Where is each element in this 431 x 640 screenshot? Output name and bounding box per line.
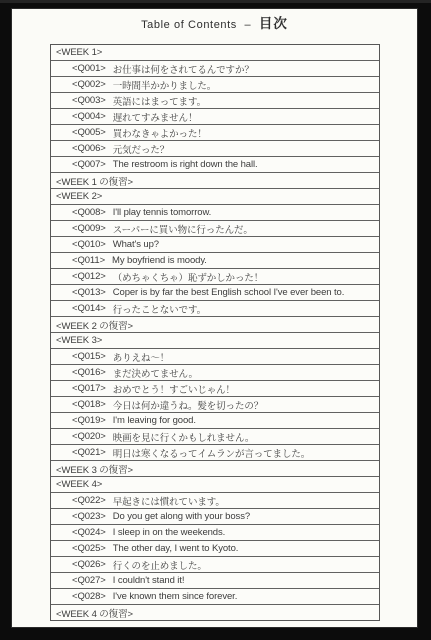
question-row-tag: <Q014> bbox=[72, 303, 106, 314]
toc-question-row: <Q013>Coper is by far the best English s… bbox=[51, 285, 379, 301]
toc-question-row: <Q022>早起きには慣れています。 bbox=[51, 493, 379, 509]
question-row-text: 遅れてすみません！ bbox=[113, 110, 198, 124]
toc-question-row: <Q018>今日は何か違うね。髪を切ったの？ bbox=[51, 397, 379, 413]
question-row-text: I'll play tennis tomorrow. bbox=[113, 207, 211, 218]
question-row-text: 今日は何か違うね。髪を切ったの？ bbox=[113, 398, 263, 412]
toc-week-row: <WEEK 1 の復習> bbox=[51, 173, 379, 189]
question-row-text: 一時間半かかりました。 bbox=[113, 78, 216, 92]
toc-question-row: <Q012>（めちゃくちゃ）恥ずかしかった！ bbox=[51, 269, 379, 285]
question-row-tag: <Q013> bbox=[72, 287, 106, 298]
toc-question-row: <Q020>映画を見に行くかもしれません。 bbox=[51, 429, 379, 445]
question-row-text: おめでとう！すごいじゃん！ bbox=[113, 382, 235, 396]
toc-question-row: <Q028>I've known them since forever. bbox=[51, 589, 379, 605]
question-row-text: The other day, I went to Kyoto. bbox=[113, 543, 239, 554]
week-row-label: <WEEK 2> bbox=[56, 191, 102, 202]
toc-question-row: <Q023>Do you get along with your boss? bbox=[51, 509, 379, 525]
page-title-ja: 目次 bbox=[259, 16, 288, 31]
question-row-tag: <Q027> bbox=[72, 575, 106, 586]
week-row-label: <WEEK 1> bbox=[56, 47, 102, 58]
toc-question-row: <Q025>The other day, I went to Kyoto. bbox=[51, 541, 379, 557]
question-row-text: ありえね〜！ bbox=[113, 350, 169, 364]
question-row-text: My boyfriend is moody. bbox=[112, 255, 207, 266]
toc-question-row: <Q002>一時間半かかりました。 bbox=[51, 77, 379, 93]
toc-question-row: <Q009>スーパーに買い物に行ったんだ。 bbox=[51, 221, 379, 237]
question-row-tag: <Q026> bbox=[72, 559, 106, 570]
toc-week-row: <WEEK 1> bbox=[51, 45, 379, 61]
question-row-tag: <Q011> bbox=[72, 255, 105, 266]
question-row-text: お仕事は何をされてるんですか？ bbox=[113, 62, 254, 76]
question-row-tag: <Q004> bbox=[72, 111, 106, 122]
question-row-text: スーパーに買い物に行ったんだ。 bbox=[113, 222, 253, 236]
question-row-text: 買わなきゃよかった！ bbox=[113, 126, 207, 140]
question-row-tag: <Q028> bbox=[72, 591, 106, 602]
toc-question-row: <Q015>ありえね〜！ bbox=[51, 349, 379, 365]
question-row-tag: <Q009> bbox=[72, 223, 106, 234]
question-row-tag: <Q019> bbox=[72, 415, 106, 426]
toc-question-row: <Q016>まだ決めてません。 bbox=[51, 365, 379, 381]
page-title-separator: – bbox=[245, 19, 252, 31]
question-row-tag: <Q003> bbox=[72, 95, 106, 106]
toc-question-row: <Q027>I couldn't stand it! bbox=[51, 573, 379, 589]
toc-question-row: <Q019>I'm leaving for good. bbox=[51, 413, 379, 429]
week-row-label: <WEEK 3 の復習> bbox=[56, 462, 133, 476]
question-row-text: 映画を見に行くかもしれません。 bbox=[113, 430, 255, 444]
toc-question-row: <Q014>行ったことないです。 bbox=[51, 301, 379, 317]
toc-week-row: <WEEK 2 の復習> bbox=[51, 317, 379, 333]
question-row-text: I've known them since forever. bbox=[113, 591, 238, 602]
question-row-text: I'm leaving for good. bbox=[113, 415, 196, 426]
question-row-tag: <Q006> bbox=[72, 143, 106, 154]
week-row-label: <WEEK 4> bbox=[56, 479, 102, 490]
question-row-tag: <Q021> bbox=[72, 447, 106, 458]
toc-week-row: <WEEK 4> bbox=[51, 477, 379, 493]
toc-question-row: <Q017>おめでとう！すごいじゃん！ bbox=[51, 381, 379, 397]
page-title: Table of Contents – 目次 bbox=[12, 9, 417, 34]
question-row-tag: <Q001> bbox=[72, 63, 106, 74]
question-row-text: Do you get along with your boss? bbox=[113, 511, 250, 522]
toc-week-row: <WEEK 3 の復習> bbox=[51, 461, 379, 477]
question-row-text: What's up? bbox=[113, 239, 159, 250]
toc-question-row: <Q001>お仕事は何をされてるんですか？ bbox=[51, 61, 379, 77]
toc-question-row: <Q021>明日は寒くなるってイムランが言ってました。 bbox=[51, 445, 379, 461]
toc-week-row: <WEEK 2> bbox=[51, 189, 379, 205]
question-row-tag: <Q016> bbox=[72, 367, 106, 378]
question-row-tag: <Q025> bbox=[72, 543, 106, 554]
question-row-text: まだ決めてません。 bbox=[113, 366, 198, 380]
toc-question-row: <Q008>I'll play tennis tomorrow. bbox=[51, 205, 379, 221]
toc-question-row: <Q024>I sleep in on the weekends. bbox=[51, 525, 379, 541]
question-row-tag: <Q017> bbox=[72, 383, 106, 394]
toc-week-row: <WEEK 4 の復習> bbox=[51, 605, 379, 620]
question-row-tag: <Q012> bbox=[72, 271, 106, 282]
toc-question-row: <Q005>買わなきゃよかった！ bbox=[51, 125, 379, 141]
toc-question-row: <Q006>元気だった？ bbox=[51, 141, 379, 157]
question-row-tag: <Q023> bbox=[72, 511, 106, 522]
question-row-tag: <Q024> bbox=[72, 527, 106, 538]
question-row-tag: <Q022> bbox=[72, 495, 106, 506]
question-row-tag: <Q002> bbox=[72, 79, 106, 90]
document-page: Table of Contents – 目次 <WEEK 1><Q001>お仕事… bbox=[12, 9, 417, 627]
page-title-en: Table of Contents bbox=[141, 19, 237, 31]
toc-question-row: <Q026>行くのを止めました。 bbox=[51, 557, 379, 573]
question-row-text: I sleep in on the weekends. bbox=[113, 527, 225, 538]
question-row-text: The restroom is right down the hall. bbox=[113, 159, 258, 170]
question-row-text: 英語にはまってます。 bbox=[113, 94, 206, 108]
question-row-tag: <Q010> bbox=[72, 239, 106, 250]
toc-table: <WEEK 1><Q001>お仕事は何をされてるんですか？<Q002>一時間半か… bbox=[50, 44, 380, 621]
question-row-text: 元気だった？ bbox=[113, 142, 169, 156]
question-row-text: 行ったことないです。 bbox=[113, 302, 206, 316]
question-row-tag: <Q015> bbox=[72, 351, 106, 362]
question-row-tag: <Q005> bbox=[72, 127, 106, 138]
question-row-text: 明日は寒くなるってイムランが言ってました。 bbox=[113, 446, 310, 460]
question-row-text: Coper is by far the best English school … bbox=[113, 287, 345, 298]
question-row-tag: <Q008> bbox=[72, 207, 106, 218]
question-row-text: I couldn't stand it! bbox=[113, 575, 185, 586]
week-row-label: <WEEK 4 の復習> bbox=[56, 606, 133, 620]
toc-question-row: <Q007>The restroom is right down the hal… bbox=[51, 157, 379, 173]
question-row-text: 早起きには慣れています。 bbox=[113, 494, 225, 508]
week-row-label: <WEEK 3> bbox=[56, 335, 102, 346]
toc-question-row: <Q003>英語にはまってます。 bbox=[51, 93, 379, 109]
toc-question-row: <Q010>What's up? bbox=[51, 237, 379, 253]
week-row-label: <WEEK 2 の復習> bbox=[56, 318, 133, 332]
question-row-tag: <Q007> bbox=[72, 159, 106, 170]
toc-week-row: <WEEK 3> bbox=[51, 333, 379, 349]
week-row-label: <WEEK 1 の復習> bbox=[56, 174, 133, 188]
photo-background: Table of Contents – 目次 <WEEK 1><Q001>お仕事… bbox=[0, 0, 431, 640]
toc-question-row: <Q011>My boyfriend is moody. bbox=[51, 253, 379, 269]
question-row-tag: <Q020> bbox=[72, 431, 106, 442]
toc-question-row: <Q004>遅れてすみません！ bbox=[51, 109, 379, 125]
question-row-text: （めちゃくちゃ）恥ずかしかった！ bbox=[113, 270, 263, 284]
question-row-text: 行くのを止めました。 bbox=[113, 558, 207, 572]
question-row-tag: <Q018> bbox=[72, 399, 106, 410]
